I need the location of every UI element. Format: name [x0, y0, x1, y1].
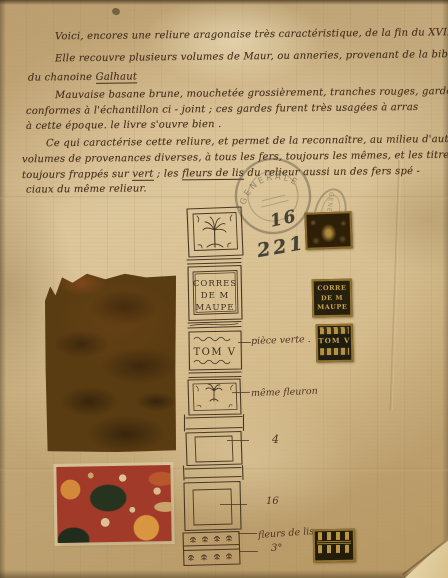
spine-sketch-outlines	[183, 207, 244, 566]
annotation-mark-4: 4	[272, 433, 279, 446]
annotation-trois-deg: 3°	[271, 543, 282, 554]
spine-fragment-fleurs-de-lis	[313, 529, 356, 563]
manuscript-line: conformes à l'échantillon ci - joint ; c…	[26, 102, 418, 117]
pointer-line	[240, 551, 258, 552]
spine-sketch: CORRES DE M MAUPE TOM V	[176, 202, 252, 568]
underlined-word: vert	[132, 169, 153, 181]
vertical-crease	[390, 160, 402, 410]
spine-sketch-title-line2: DE M	[201, 291, 229, 301]
pointer-line	[238, 342, 251, 343]
manuscript-segment: Mauvaise basane brune, mouchetée grossiè…	[55, 86, 448, 101]
manuscript-line: toujours frappés sur vert ; les fleurs d…	[22, 166, 420, 181]
horizontal-crease	[0, 196, 448, 199]
manuscript-segment: du chanoine	[28, 72, 96, 84]
fragment-title-line3: MAUPE	[314, 303, 350, 313]
pointer-line	[238, 533, 257, 534]
manuscript-segment: à cette époque. le livre s'ouvre bien .	[26, 119, 222, 132]
manuscript-segment: Ce qui caractérise cette reliure, et per…	[46, 134, 448, 149]
manuscript-segment: ; les	[153, 168, 182, 179]
pointer-line	[227, 440, 249, 441]
fragment-tome-text: TOM V	[318, 335, 351, 348]
gold-tooling-band	[320, 348, 349, 356]
annotation-meme-fleuron: même fleuron	[251, 386, 318, 399]
ink-speck	[111, 7, 121, 16]
manuscript-line: Mauvaise basane brune, mouchetée grossiè…	[55, 86, 448, 101]
manuscript-line: Ce qui caractérise cette reliure, et per…	[46, 134, 448, 149]
manuscript-line: ciaux du même relieur.	[26, 183, 147, 195]
manuscript-segment: ciaux du même relieur.	[26, 183, 147, 195]
page-bottom-edge-shadow	[0, 570, 448, 578]
page-left-edge-shadow	[0, 0, 6, 578]
palm-fleuron-sketch	[203, 217, 226, 247]
manuscript-segment: toujours frappés sur	[22, 169, 132, 181]
manuscript-segment: conformes à l'échantillon ci - joint ; c…	[26, 102, 418, 117]
page-top-edge-shadow	[0, 0, 448, 5]
underlined-word: Galhaut	[96, 71, 138, 83]
manuscript-segment: Elle recouvre plusieurs volumes de Maur,…	[55, 49, 448, 65]
spine-sketch-title-line3: MAUPE	[196, 303, 235, 313]
fleur-de-lis-row-sketch	[188, 536, 231, 561]
annotation-mark-16: 16	[266, 496, 279, 507]
spine-fragment-title-label: CORRE DE M MAUPE	[312, 279, 353, 318]
spine-sketch-tome-label: TOM V	[193, 347, 236, 358]
gold-tooling-band	[320, 327, 349, 335]
gold-fleur-row	[318, 532, 350, 541]
manuscript-line: du chanoine Galhaut	[28, 71, 137, 83]
spine-sketch-title-line1: CORRES	[193, 279, 237, 289]
manuscript-line: Elle recouvre plusieurs volumes de Maur,…	[55, 49, 448, 65]
marbled-endpaper-swatch	[56, 465, 171, 543]
spine-fragment-fleuron	[304, 211, 352, 250]
fragment-title-line1: CORRE	[314, 284, 350, 294]
leather-sample-swatch	[45, 272, 176, 452]
manuscript-segment: Voici, encores une reliure aragonaise tr…	[55, 27, 448, 43]
annotation-piece-verte: pièce verte .	[251, 334, 311, 347]
manuscript-line: à cette époque. le livre s'ouvre bien .	[26, 119, 222, 132]
gold-fleur-row	[318, 545, 350, 554]
small-fleuron-sketch	[206, 384, 222, 401]
pointer-line	[220, 504, 247, 505]
manuscript-page: Voici, encores une reliure aragonaise tr…	[0, 0, 448, 578]
annotation-fleurs-de-lis: fleurs de lis	[258, 526, 315, 541]
manuscript-line: Voici, encores une reliure aragonaise tr…	[55, 27, 448, 43]
spine-fragment-tome-label: TOM V	[316, 324, 354, 363]
